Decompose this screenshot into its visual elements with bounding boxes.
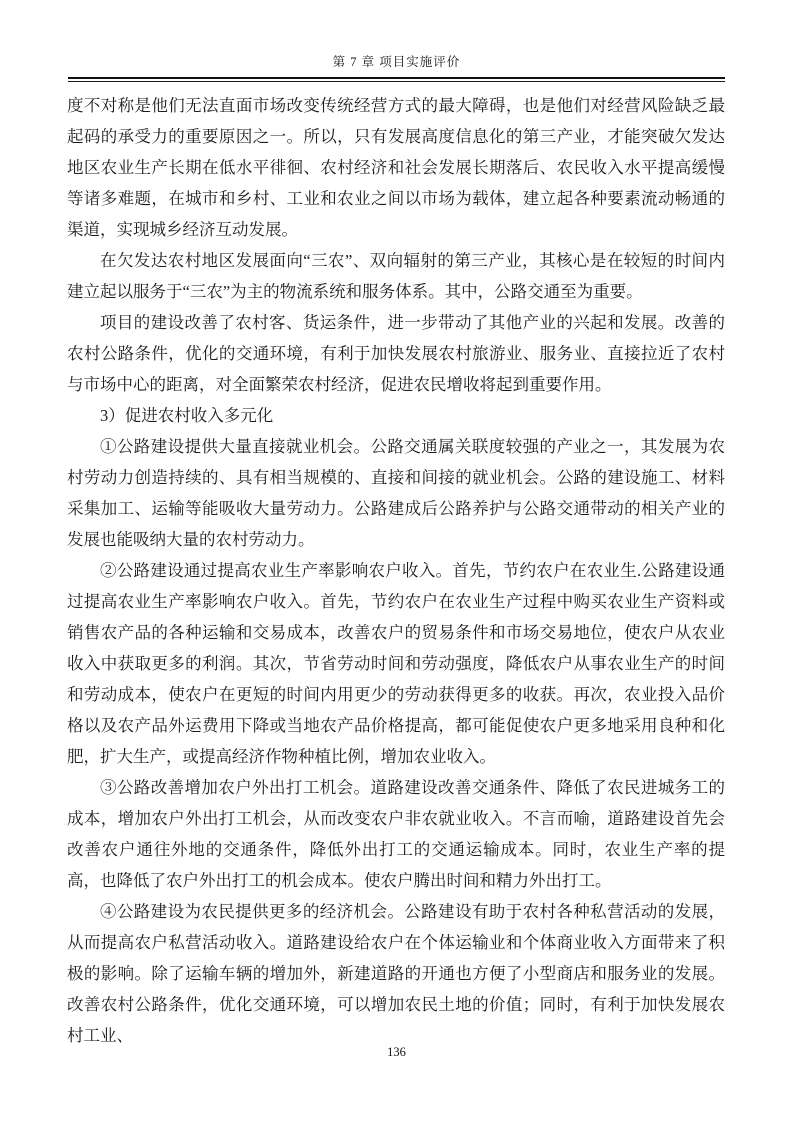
paragraph: 项目的建设改善了农村客、货运条件，进一步带动了其他产业的兴起和发展。改善的农村公… (67, 307, 725, 400)
paragraph-continuation: 度不对称是他们无法直面市场改变传统经营方式的最大障碍，也是他们对经营风险缺乏最起… (67, 90, 725, 245)
numbered-item-3: ③公路改善增加农户外出打工机会。道路建设改善交通条件、降低了农民进城务工的成本，… (67, 772, 725, 896)
page-footer: 136 (0, 1045, 793, 1060)
numbered-item-1: ①公路建设提供大量直接就业机会。公路交通属关联度较强的产业之一，其发展为农村劳动… (67, 431, 725, 555)
list-heading: 3）促进农村收入多元化 (67, 400, 725, 431)
paragraph: 在欠发达农村地区发展面向“三农”、双向辐射的第三产业，其核心是在较短的时间内建立… (67, 245, 725, 307)
document-body: 度不对称是他们无法直面市场改变传统经营方式的最大障碍，也是他们对经营风险缺乏最起… (67, 90, 725, 1051)
page-number: 136 (387, 1045, 406, 1059)
chapter-header-title: 第 7 章 项目实施评价 (0, 0, 793, 71)
numbered-item-4: ④公路建设为农民提供更多的经济机会。公路建设有助于农村各种私营活动的发展，从而提… (67, 896, 725, 1051)
document-page: 第 7 章 项目实施评价 度不对称是他们无法直面市场改变传统经营方式的最大障碍，… (0, 0, 793, 1122)
numbered-item-2: ②公路建设通过提高农业生产率影响农户收入。首先，节约农户在农业生.公路建设通过提… (67, 555, 725, 772)
page-header: 第 7 章 项目实施评价 (0, 0, 793, 82)
header-double-rule (68, 77, 725, 82)
